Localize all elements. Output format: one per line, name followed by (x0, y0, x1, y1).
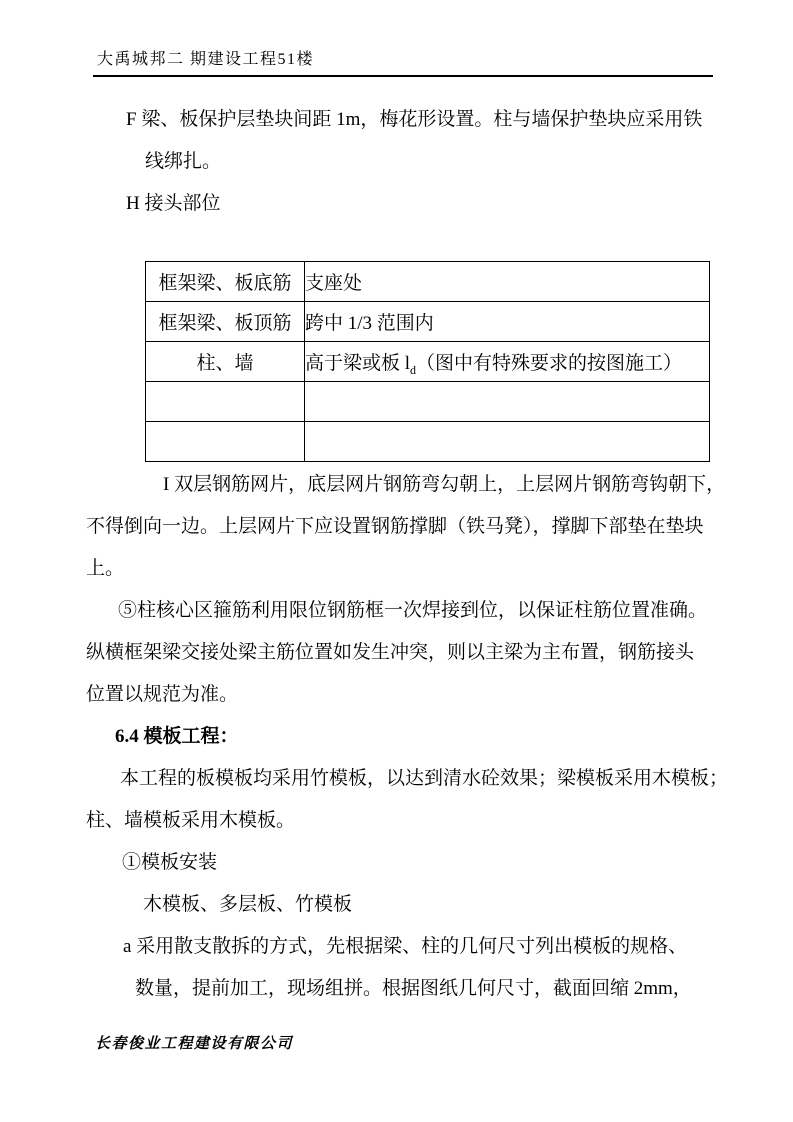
page-header: 大禹城邦二 期建设工程51楼 (97, 46, 314, 69)
text-line: 柱、墙模板采用木模板。 (86, 800, 736, 842)
table-row: 柱、墙 高于梁或板 ld（图中有特殊要求的按图施工） (146, 342, 710, 382)
table-row (146, 382, 710, 422)
table-row (146, 422, 710, 462)
text-line: 上。 (86, 548, 736, 590)
text-line: F 梁、板保护层垫块间距 1m，梅花形设置。柱与墙保护垫块应采用铁 (86, 99, 736, 141)
text-line: 数量，提前加工，现场组拼。根据图纸几何尺寸，截面回缩 2mm， (86, 968, 736, 1010)
table-cell-value (305, 382, 710, 422)
document-body: F 梁、板保护层垫块间距 1m，梅花形设置。柱与墙保护垫块应采用铁 线绑扎。 H… (86, 99, 736, 1010)
table-cell-value: 支座处 (305, 262, 710, 302)
page-footer: 长春俊业工程建设有限公司 (95, 1032, 293, 1053)
text-line: 本工程的板模板均采用竹模板，以达到清水砼效果；梁模板采用木模板； (86, 758, 736, 800)
table-cell-label: 框架梁、板底筋 (146, 262, 305, 302)
section-heading: 6.4 模板工程： (86, 716, 736, 758)
header-title: 大禹城邦二 期建设工程51楼 (97, 51, 314, 68)
text-line: 位置以规范为准。 (86, 674, 736, 716)
text-line: ①模板安装 (86, 842, 736, 884)
table-cell-label: 框架梁、板顶筋 (146, 302, 305, 342)
text-line: a 采用散支散拆的方式，先根据梁、柱的几何尺寸列出模板的规格、 (86, 926, 736, 968)
value-text: （图中有特殊要求的按图施工） (416, 353, 682, 374)
document-page: 大禹城邦二 期建设工程51楼 F 梁、板保护层垫块间距 1m，梅花形设置。柱与墙… (0, 0, 793, 1122)
table-cell-label (146, 382, 305, 422)
table-cell-value: 跨中 1/3 范围内 (305, 302, 710, 342)
table-cell-value: 高于梁或板 ld（图中有特殊要求的按图施工） (305, 342, 710, 382)
table-row: 框架梁、板顶筋 跨中 1/3 范围内 (146, 302, 710, 342)
text-line: 不得倒向一边。上层网片下应设置钢筋撑脚（铁马凳），撑脚下部垫在垫块 (86, 506, 736, 548)
footer-company-name: 长春俊业工程建设有限公司 (95, 1036, 293, 1052)
value-text: 高于梁或板 l (305, 353, 410, 374)
text-line: H 接头部位 (86, 183, 736, 225)
text-line: 木模板、多层板、竹模板 (86, 884, 736, 926)
text-line: ⑤柱核心区箍筋利用限位钢筋框一次焊接到位，以保证柱筋位置准确。 (86, 590, 736, 632)
table-cell-label: 柱、墙 (146, 342, 305, 382)
text-line: 纵横框架梁交接处梁主筋位置如发生冲突，则以主梁为主布置，钢筋接头 (86, 632, 736, 674)
text-line: I 双层钢筋网片，底层网片钢筋弯勾朝上，上层网片钢筋弯钩朝下， (86, 464, 736, 506)
table-cell-label (146, 422, 305, 462)
rebar-joint-location-table: 框架梁、板底筋 支座处 框架梁、板顶筋 跨中 1/3 范围内 柱、墙 高于梁或板… (145, 261, 710, 462)
table-row: 框架梁、板底筋 支座处 (146, 262, 710, 302)
table-cell-value (305, 422, 710, 462)
text-line: 线绑扎。 (86, 141, 736, 183)
header-rule (93, 75, 713, 77)
